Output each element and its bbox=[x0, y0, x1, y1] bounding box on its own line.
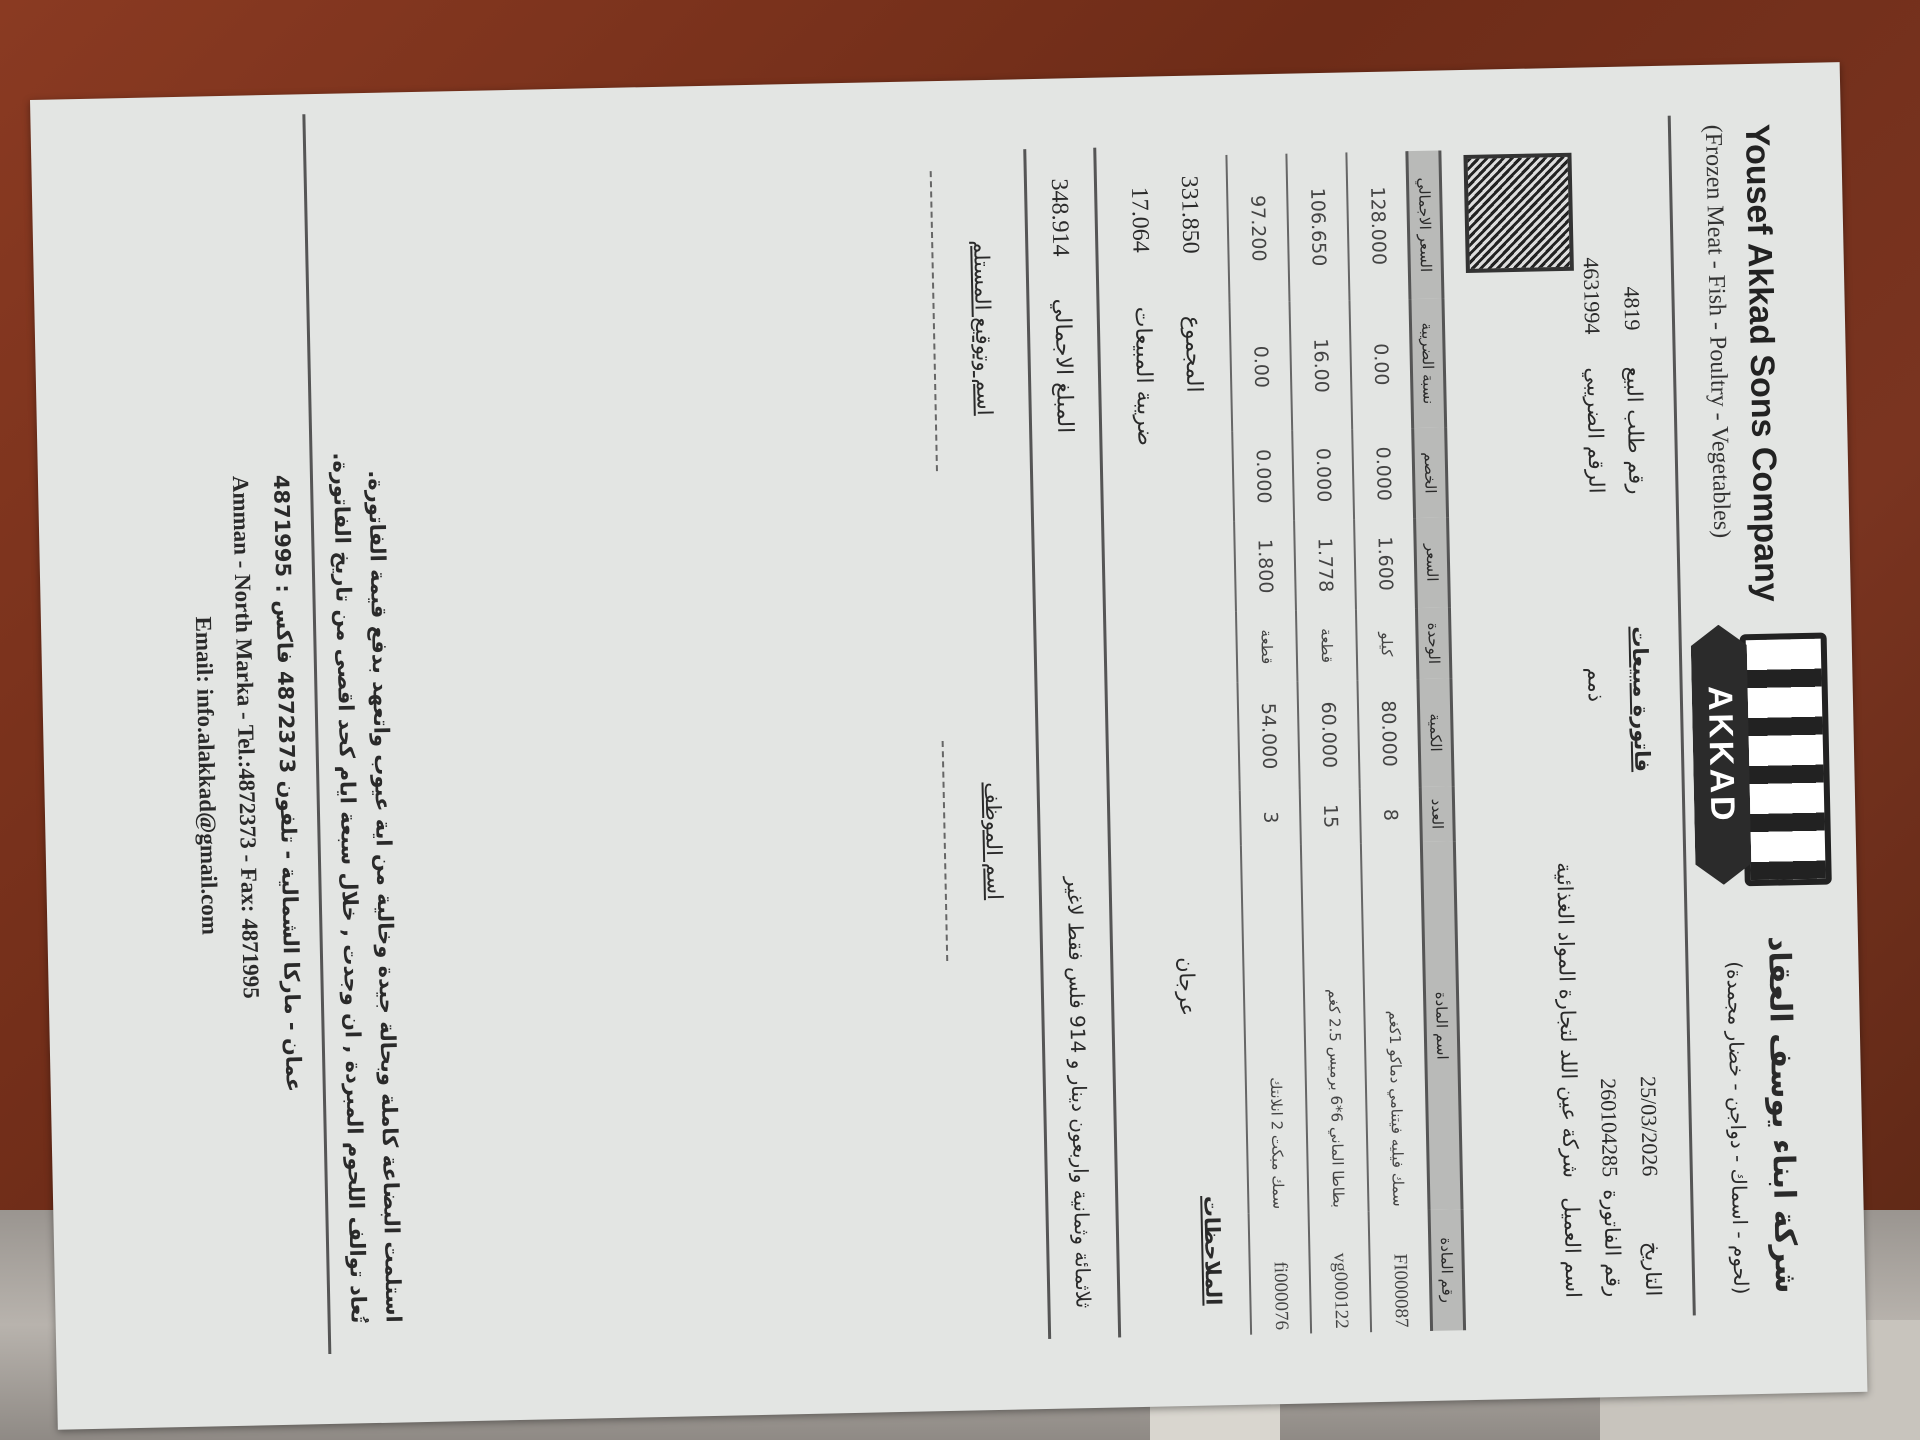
company-logo: AKKAD bbox=[1686, 602, 1832, 905]
item-code: vg000122 bbox=[1309, 1211, 1372, 1333]
sales-tax-value: 17.064 bbox=[1125, 187, 1153, 254]
sales-order-number: 4819 bbox=[1618, 286, 1645, 331]
item-price: 1.778 bbox=[1294, 519, 1356, 610]
col-count: العدد bbox=[1420, 786, 1454, 842]
tax-number-label: الرقم الضريبي bbox=[1582, 367, 1609, 494]
col-discount: الخصم bbox=[1413, 428, 1448, 519]
items-table: رقم المادة اسم المادة العدد الكمية الوحد… bbox=[1225, 150, 1466, 1334]
footer-address-en: Amman - North Marka - Tel.:4872373 - Fax… bbox=[227, 475, 264, 999]
item-unit: قطعة bbox=[1296, 609, 1357, 682]
item-code: fi000076 bbox=[1249, 1212, 1312, 1334]
col-total: السعر الاجمالي bbox=[1407, 150, 1443, 299]
subtotal-label: المجموع bbox=[1180, 315, 1207, 392]
item-price: 1.800 bbox=[1234, 521, 1296, 612]
item-quantity: 80.000 bbox=[1357, 679, 1420, 788]
item-discount: 0.000 bbox=[1352, 428, 1414, 519]
sales-tax-label: ضريبة المبيعات bbox=[1130, 306, 1158, 446]
qr-code bbox=[1463, 153, 1573, 273]
footer-disclaimer-1: استلمت البضاعة كاملة وبحالة جيدة وخالية … bbox=[364, 470, 406, 1323]
item-discount: 0.000 bbox=[1232, 431, 1294, 522]
item-tax-rate: 0.00 bbox=[1230, 302, 1293, 432]
footer-disclaimer-2: تُعاد توالف اللحوم المبردة , ان وجدت , خ… bbox=[328, 452, 370, 1324]
col-unit: الوحدة bbox=[1416, 607, 1450, 679]
invoice-document: Yousef Akkad Sons Company (Frozen Meat -… bbox=[50, 62, 1867, 1399]
item-name: سمك فيليه فيتنامي دماكو 1كغم bbox=[1361, 842, 1429, 1211]
subtotal-value: 331.850 bbox=[1175, 175, 1204, 254]
date-label: التاريخ bbox=[1640, 1242, 1665, 1297]
footer-email: Email: info.alakkad@gmail.com bbox=[190, 616, 223, 935]
words-divider bbox=[1023, 149, 1051, 1339]
grand-total-label: المبلغ الاجمالي bbox=[1049, 298, 1077, 433]
item-count: 15 bbox=[1300, 788, 1361, 845]
receiver-signature-label: اسم وتوقيع المستلم bbox=[969, 240, 997, 416]
invoice-date: 25/03/2026 bbox=[1635, 1076, 1663, 1177]
amount-in-words: ثلاثمائة وثمانية واربعون دينار و 914 فلس… bbox=[1062, 876, 1095, 1308]
col-tax-rate: نسبة الضريبة bbox=[1410, 298, 1446, 428]
logo-arabic-mark-icon bbox=[1740, 632, 1832, 886]
invoice-sheet: Yousef Akkad Sons Company (Frozen Meat -… bbox=[30, 62, 1867, 1430]
item-discount: 0.000 bbox=[1292, 430, 1354, 521]
receiver-signature-line bbox=[930, 171, 938, 471]
item-name: بطاطا الماني 6*6 برميس 2.5 كغم bbox=[1301, 843, 1369, 1212]
footer-address-ar: عمان - ماركا الشمالية - تلفون 4872373 فا… bbox=[269, 475, 306, 1093]
employee-signature-line bbox=[942, 741, 949, 961]
company-subtitle-ar: (لحوم - اسماك - دواجن - خضار مجمدة) bbox=[1722, 961, 1753, 1295]
item-quantity: 60.000 bbox=[1297, 681, 1359, 790]
item-unit: كيلو bbox=[1356, 608, 1418, 681]
item-total: 97.200 bbox=[1226, 154, 1289, 303]
item-count: 8 bbox=[1360, 787, 1422, 844]
invoice-number: 260104285 bbox=[1595, 1078, 1623, 1178]
item-tax-rate: 0.00 bbox=[1349, 299, 1412, 429]
item-count: 3 bbox=[1240, 789, 1301, 846]
invoice-number-label: رقم الفاتورة bbox=[1599, 1189, 1625, 1297]
item-price: 1.600 bbox=[1354, 518, 1416, 609]
item-total: 128.000 bbox=[1346, 151, 1410, 300]
col-quantity: الكمية bbox=[1418, 679, 1453, 787]
company-subtitle-en: (Frozen Meat - Fish - Poultry - Vegetabl… bbox=[1699, 124, 1735, 538]
footer-divider bbox=[302, 114, 331, 1354]
item-total: 106.650 bbox=[1286, 152, 1349, 301]
item-quantity: 54.000 bbox=[1237, 682, 1299, 791]
employee-name-label: اسم الموظف bbox=[981, 782, 1007, 900]
totals-divider bbox=[1093, 148, 1121, 1338]
item-code: FI000087 bbox=[1369, 1210, 1432, 1332]
notes-value: عرجان bbox=[1174, 957, 1199, 1016]
invoice-title: فاتورة مبيعات bbox=[1627, 626, 1654, 772]
item-tax-rate: 16.00 bbox=[1289, 300, 1352, 430]
col-price: السعر bbox=[1415, 517, 1450, 608]
item-unit: قطعة bbox=[1236, 611, 1297, 684]
tax-number: 4631994 bbox=[1578, 257, 1606, 335]
company-name-en: Yousef Akkad Sons Company bbox=[1737, 123, 1786, 602]
invoice-type: ذمم bbox=[1583, 667, 1608, 702]
logo-text: AKKAD bbox=[1690, 624, 1751, 885]
customer-name: شركة عين اللد لتجارة المواد الغذائية bbox=[1552, 862, 1583, 1178]
sales-order-label: رقم طلب البيع bbox=[1622, 366, 1649, 494]
item-name: سمك مبكت 2 انلانتك bbox=[1241, 845, 1309, 1214]
col-code: رقم المادة bbox=[1429, 1209, 1465, 1331]
notes-label: الملاحظات bbox=[1199, 1196, 1225, 1306]
grand-total-value: 348.914 bbox=[1045, 178, 1074, 257]
company-name-ar: شركة ابناء يوسف العقاد bbox=[1761, 936, 1803, 1294]
customer-label: اسم العميل bbox=[1559, 1197, 1585, 1298]
